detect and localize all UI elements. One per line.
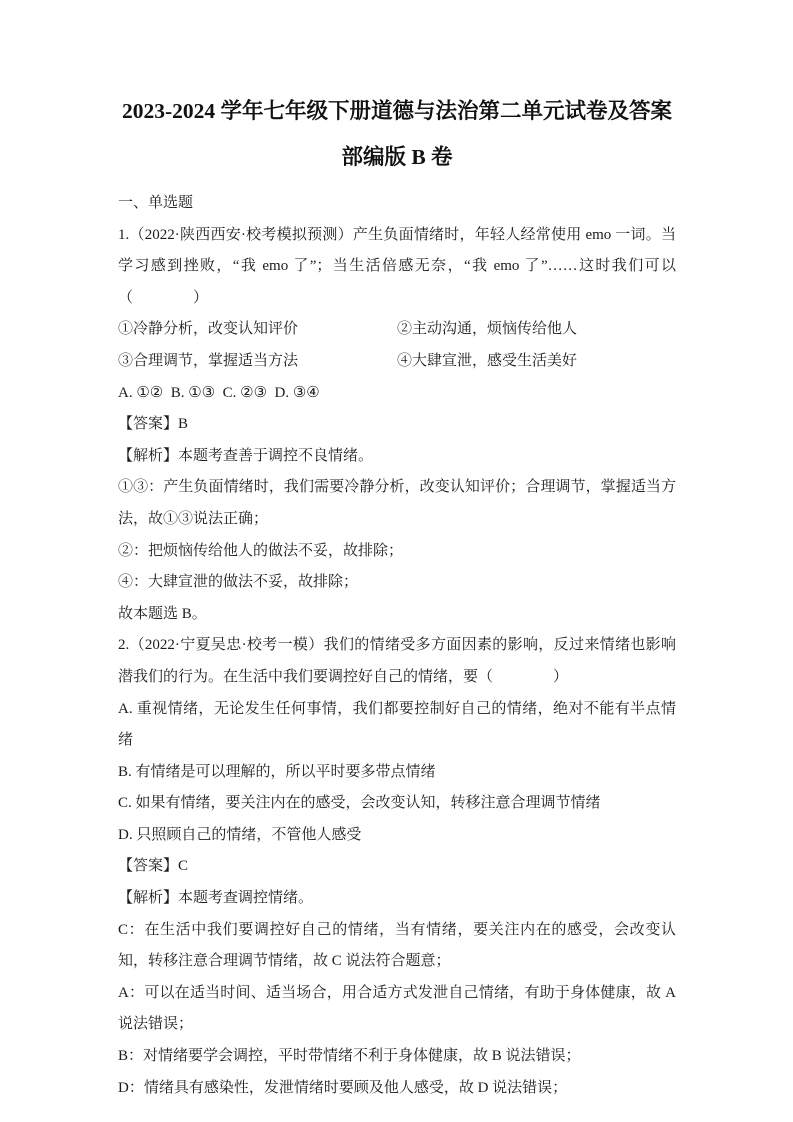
section-heading: 一、单选题 [118,188,676,220]
question-1-option-3: ③合理调节，掌握适当方法 [118,346,397,378]
document-title: 2023-2024 学年七年级下册道德与法治第二单元试卷及答案 部编版 B 卷 [118,88,676,180]
question-1-analysis-2: ①③：产生负面情绪时，我们需要冷静分析，改变认知评价；合理调节，掌握适当方法，故… [118,472,676,535]
question-1-analysis-5: 故本题选 B。 [118,599,676,631]
question-2-stem: 2.（2022·宁夏吴忠·校考一模）我们的情绪受多方面因素的影响，反过来情绪也影… [118,630,676,693]
question-2-analysis-5: D：情绪具有感染性，发泄情绪时要顾及他人感受，故 D 说法错误； [118,1073,676,1105]
question-1-option-2: ②主动沟通，烦恼传给他人 [397,314,676,346]
question-1-analysis-3: ②：把烦恼传给他人的做法不妥，故排除； [118,536,676,568]
question-1-option-4: ④大肆宣泄，感受生活美好 [397,346,676,378]
question-2-option-d: D. 只照顾自己的情绪，不管他人感受 [118,820,676,852]
question-2-analysis-2: C：在生活中我们要调控好自己的情绪，当有情绪，要关注内在的感受，会改变认知，转移… [118,915,676,978]
question-1-analysis-1: 【解析】本题考查善于调控不良情绪。 [118,441,676,473]
question-2-block: 2.（2022·宁夏吴忠·校考一模）我们的情绪受多方面因素的影响，反过来情绪也影… [118,630,676,1104]
question-1-answer: 【答案】B [118,409,676,441]
question-2-option-a: A. 重视情绪，无论发生任何事情，我们都要控制好自己的情绪，绝对不能有半点情绪 [118,694,676,757]
question-1-option-row-2: ③合理调节，掌握适当方法 ④大肆宣泄，感受生活美好 [118,346,676,378]
question-2-option-b: B. 有情绪是可以理解的，所以平时要多带点情绪 [118,757,676,789]
question-1-block: 1.（2022·陕西西安·校考模拟预测）产生负面情绪时，年轻人经常使用 emo … [118,220,676,631]
question-2-analysis-3: A：可以在适当时间、适当场合，用合适方式发泄自己情绪，有助于身体健康，故 A 说… [118,978,676,1041]
question-1-analysis-4: ④：大肆宣泄的做法不妥，故排除； [118,567,676,599]
title-line-1: 2023-2024 学年七年级下册道德与法治第二单元试卷及答案 [118,88,676,134]
question-1-choices: A. ①② B. ①③ C. ②③ D. ③④ [118,378,676,410]
question-2-option-c: C. 如果有情绪，要关注内在的感受，会改变认知，转移注意合理调节情绪 [118,788,676,820]
question-1-option-1: ①冷静分析，改变认知评价 [118,314,397,346]
question-2-answer: 【答案】C [118,851,676,883]
title-line-2: 部编版 B 卷 [118,134,676,180]
question-2-analysis-1: 【解析】本题考查调控情绪。 [118,883,676,915]
document-page: 2023-2024 学年七年级下册道德与法治第二单元试卷及答案 部编版 B 卷 … [0,0,793,1122]
question-1-stem: 1.（2022·陕西西安·校考模拟预测）产生负面情绪时，年轻人经常使用 emo … [118,220,676,315]
question-2-analysis-4: B：对情绪要学会调控，平时带情绪不利于身体健康，故 B 说法错误； [118,1041,676,1073]
question-1-option-row-1: ①冷静分析，改变认知评价 ②主动沟通，烦恼传给他人 [118,314,676,346]
